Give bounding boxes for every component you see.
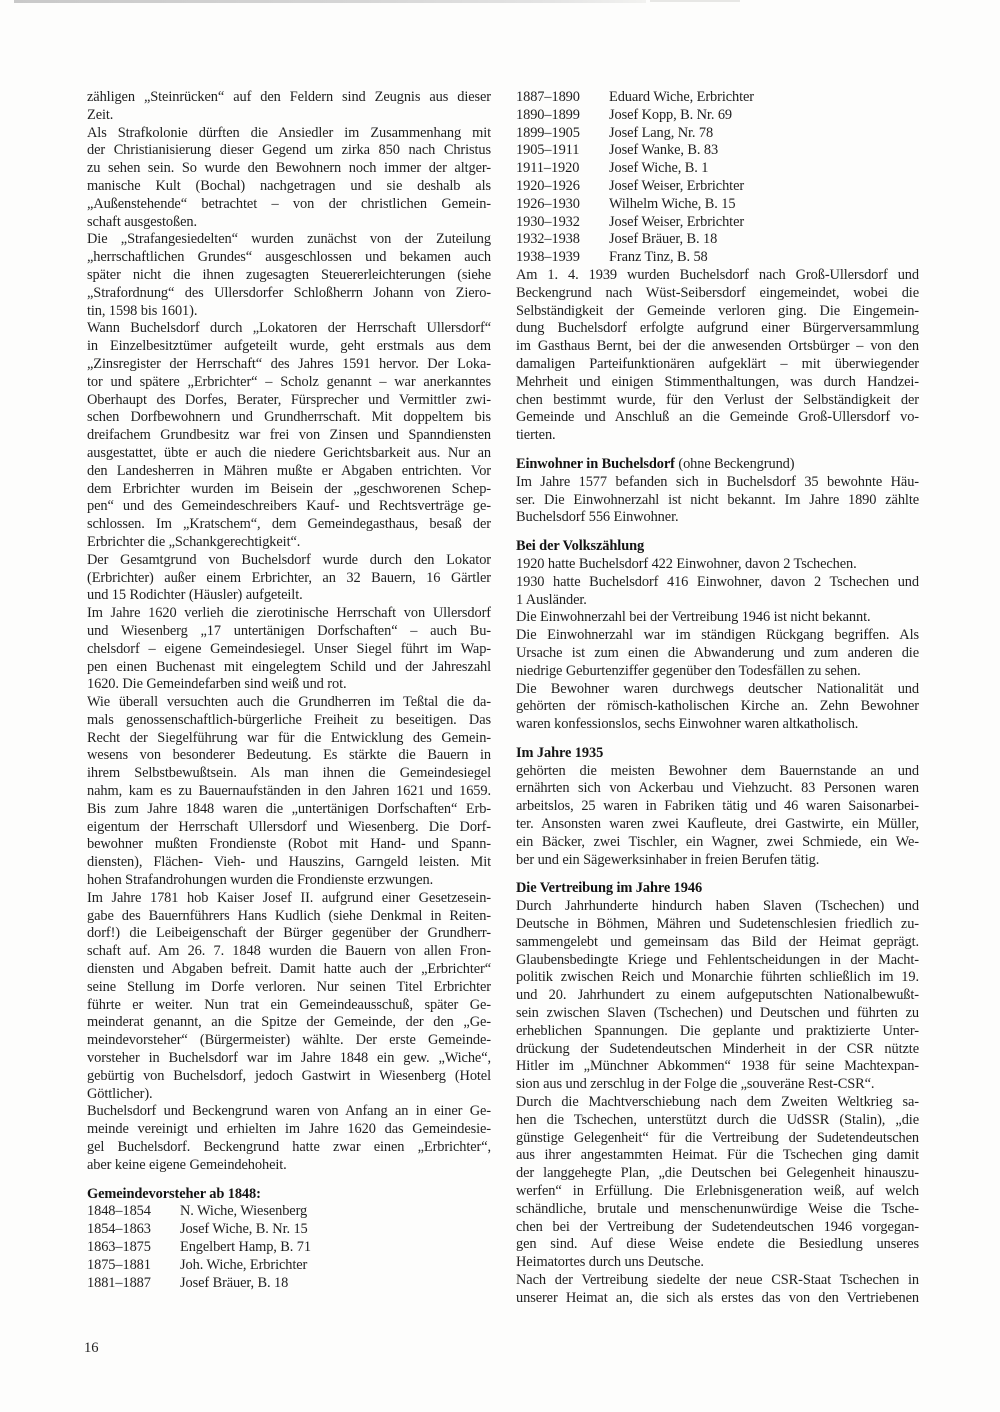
text-line: später nicht die ihnen zugesagten Steuer…: [87, 267, 491, 285]
text-line: dorf!) die Leibeigenschaft der Bürger ge…: [87, 925, 491, 943]
name-cell: Josef Wiche, B. Nr. 15: [180, 1221, 491, 1239]
years-cell: 1932–1938: [516, 231, 609, 249]
text-line: pen“ und des Gemeindeschreibers Kauf- un…: [87, 498, 491, 516]
years-cell: 1863–1875: [87, 1239, 180, 1257]
text-line: ernährten sich von Ackerbau und Viehzuch…: [516, 780, 919, 798]
text-line: ausgestattet, übte er auch die niedere G…: [87, 445, 491, 463]
name-cell: Wilhelm Wiche, B. 15: [609, 196, 919, 214]
text-line: Die Bewohner waren durchwegs deutscher N…: [516, 681, 919, 699]
paragraph: Durch die Machtverschiebung nach dem Zwe…: [516, 1094, 919, 1272]
text-line: Beckengrund nach Wüst-Seibersdorf eingem…: [516, 285, 919, 303]
paragraph: 1920 hatte Buchelsdorf 422 Einwohner, da…: [516, 556, 919, 574]
text-line: tin, 1598 bis 1601).: [87, 303, 491, 321]
name-cell: Josef Weiser, Erbrichter: [609, 214, 919, 232]
paragraph: zähligen „Steinrücken“ auf den Feldern s…: [87, 89, 491, 125]
text-line: hohen Strafandrohungen wurden die Frondi…: [87, 872, 491, 890]
years-cell: 1854–1863: [87, 1221, 180, 1239]
text-line: Hitler im „Münchner Abkommen“ 1938 für s…: [516, 1058, 919, 1076]
text-line: Die Einwohnerzahl war im ständigen Rückg…: [516, 627, 919, 645]
text-line: „Strafordnung“ des Ullersdorfer Schloßhe…: [87, 285, 491, 303]
gemeindevorsteher-table-1848-1887: 1848–1854N. Wiche, Wiesenberg1854–1863Jo…: [87, 1203, 491, 1292]
table-row: 1887–1890Eduard Wiche, Erbrichter: [516, 89, 919, 107]
text-line: Oberhaupt des Dorfes, Berater, Fürsprech…: [87, 392, 491, 410]
text-line: 1620. Die Gemeindefarben sind weiß und r…: [87, 676, 491, 694]
text-line: bewohner mußten Frondienste (Robot mit H…: [87, 836, 491, 854]
heading-vertreibung: Die Vertreibung im Jahre 1946: [516, 880, 919, 898]
paragraph: Der Gesamtgrund von Buchelsdorf wurde du…: [87, 552, 491, 605]
text-line: mals genossenschaftlich-bürgerliche Frei…: [87, 712, 491, 730]
text-line: ser. Die Einwohnerzahl ist nicht bekannt…: [516, 492, 919, 510]
paragraph: Im Jahre 1620 verlieh die zierotinische …: [87, 605, 491, 694]
text-line: Im Jahre 1577 befanden sich in Buchelsdo…: [516, 474, 919, 492]
name-cell: Josef Bräuer, B. 18: [609, 231, 919, 249]
text-line: gehörten der römisch-katholischen Kirche…: [516, 698, 919, 716]
years-cell: 1887–1890: [516, 89, 609, 107]
table-row: 1899–1905Josef Lang, Nr. 78: [516, 125, 919, 143]
text-line: Mehrheit und einigen Stimmenthaltungen, …: [516, 374, 919, 392]
heading-gemeindevorsteher: Gemeindevorsteher ab 1848:: [87, 1186, 491, 1204]
table-row: 1930–1932Josef Weiser, Erbrichter: [516, 214, 919, 232]
name-cell: Franz Tinz, B. 58: [609, 249, 919, 267]
name-cell: Josef Wanke, B. 83: [609, 142, 919, 160]
years-cell: 1890–1899: [516, 107, 609, 125]
left-column: zähligen „Steinrücken“ auf den Feldern s…: [87, 89, 491, 1292]
paragraph: Die Bewohner waren durchwegs deutscher N…: [516, 681, 919, 734]
page-number: 16: [84, 1340, 99, 1357]
text-line: 1930 hatte Buchelsdorf 416 Einwohner, da…: [516, 574, 919, 592]
text-line: 1920 hatte Buchelsdorf 422 Einwohner, da…: [516, 556, 919, 574]
text-line: diensten und Abgaben befreit. Damit hatt…: [87, 961, 491, 979]
table-row: 1890–1899Josef Kopp, B. Nr. 69: [516, 107, 919, 125]
text-line: meinderat genannt, an die Spitze der Gem…: [87, 1014, 491, 1032]
text-line: aus ihrer angestammten Heimat. Für die T…: [516, 1147, 919, 1165]
text-line: seine Stellung im Dorfe verloren. Nur se…: [87, 979, 491, 997]
paragraph: Wie überall versuchten auch die Grundher…: [87, 694, 491, 890]
name-cell: N. Wiche, Wiesenberg: [180, 1203, 491, 1221]
paragraph: Die „Strafangesiedelten“ wurden zunächst…: [87, 231, 491, 320]
text-line: Am 1. 4. 1939 wurden Buchelsdorf nach Gr…: [516, 267, 919, 285]
text-line: Buchelsdorf 556 Einwohner.: [516, 509, 919, 527]
text-line: wesens von besonderer Bedeutung. Es stär…: [87, 747, 491, 765]
text-line: 1 Ausländer.: [516, 592, 919, 610]
paragraph: Buchelsdorf und Beckengrund waren von An…: [87, 1103, 491, 1174]
text-line: dreifachem Grundbesitz war frei von Zins…: [87, 427, 491, 445]
text-line: Ursache ist zum einen die Abwanderung un…: [516, 645, 919, 663]
text-line: und Wiesenberg „17 untertänigen Dorfscha…: [87, 623, 491, 641]
text-line: „Außenstehende“ betrachtet – von der chr…: [87, 196, 491, 214]
text-line: Die Einwohnerzahl bei der Vertreibung 19…: [516, 609, 919, 627]
paragraph: Durch Jahrhunderte hindurch haben Slaven…: [516, 898, 919, 1094]
name-cell: Engelbert Hamp, B. 71: [180, 1239, 491, 1257]
text-line: Bis zum Jahre 1848 waren die „untertänig…: [87, 801, 491, 819]
text-line: schen Dorfbewohnern und Grundherrschaft.…: [87, 409, 491, 427]
text-line: drückung der Sudetendeutschen Minderheit…: [516, 1041, 919, 1059]
heading-bold-text: Einwohner in Buchelsdorf: [516, 456, 675, 472]
text-line: chen bestimmt wurde, für den Verlust der…: [516, 392, 919, 410]
years-cell: 1926–1930: [516, 196, 609, 214]
text-line: (Erbrichter) außer einem Erbrichter, an …: [87, 570, 491, 588]
paragraph: 1930 hatte Buchelsdorf 416 Einwohner, da…: [516, 574, 919, 610]
right-column: 1887–1890Eduard Wiche, Erbrichter1890–18…: [516, 89, 919, 1308]
text-line: Die „Strafangesiedelten“ wurden zunächst…: [87, 231, 491, 249]
heading-normal-text: (ohne Beckengrund): [675, 456, 795, 472]
text-line: Deutsche in Böhmen, Mähren und Sudetensc…: [516, 916, 919, 934]
text-line: Gemeinde und Anschluß an die Gemeinde Gr…: [516, 409, 919, 427]
text-line: diensten), Flächen- Vieh- und Hauszins, …: [87, 854, 491, 872]
text-line: sein zwischen Slaven (Tschechen) und Deu…: [516, 1005, 919, 1023]
text-line: gel Buchelsdorf. Beckengrund hatte zwar …: [87, 1139, 491, 1157]
text-line: zähligen „Steinrücken“ auf den Feldern s…: [87, 89, 491, 107]
text-line: im Gasthaus Bernt, bei der die anwesende…: [516, 338, 919, 356]
text-line: meindevorsteher“ (Bürgermeister) wählte.…: [87, 1032, 491, 1050]
text-line: schändliche, brutale und menschenunwürdi…: [516, 1201, 919, 1219]
heading-bold-text: Im Jahre 1935: [516, 745, 603, 761]
text-line: gebürtig von Buchelsdorf, jedoch Gastwir…: [87, 1068, 491, 1086]
name-cell: Joh. Wiche, Erbrichter: [180, 1257, 491, 1275]
text-line: gehörten die meisten Bewohner dem Bauern…: [516, 763, 919, 781]
text-line: manische Kult (Bochal) nachgetragen und …: [87, 178, 491, 196]
years-cell: 1848–1854: [87, 1203, 180, 1221]
text-line: waren konfessionslos, sechs Einwohner wa…: [516, 716, 919, 734]
paragraph: Im Jahre 1577 befanden sich in Buchelsdo…: [516, 474, 919, 527]
paragraph: Nach der Vertreibung siedelte der neue C…: [516, 1272, 919, 1308]
text-line: und 20. Jahrhundert zu einem aufgeputsch…: [516, 987, 919, 1005]
text-line: ihrem Selbstbewußtsein. Als man ihnen di…: [87, 765, 491, 783]
text-line: Zeit.: [87, 107, 491, 125]
years-cell: 1920–1926: [516, 178, 609, 196]
text-line: vorsteher in Buchelsdorf war im Jahre 18…: [87, 1050, 491, 1068]
text-line: der Christianisierung dieser Gegend um z…: [87, 142, 491, 160]
text-line: dung Buchelsdorf erfolgte aufgrund einer…: [516, 320, 919, 338]
text-line: chen bei der Vertreibung der Sudetendeut…: [516, 1219, 919, 1237]
name-cell: Josef Bräuer, B. 18: [180, 1275, 491, 1293]
text-line: schaft auf. Am 26. 7. 1848 wurden die Ba…: [87, 943, 491, 961]
text-line: Göttlicher).: [87, 1086, 491, 1104]
years-cell: 1938–1939: [516, 249, 609, 267]
text-line: Durch die Machtverschiebung nach dem Zwe…: [516, 1094, 919, 1112]
text-line: damaligen Parteifunktionären aufgeklärt …: [516, 356, 919, 374]
text-line: sion aus und zerschlug in der Folge die …: [516, 1076, 919, 1094]
heading-bold-text: Die Vertreibung im Jahre 1946: [516, 880, 702, 896]
name-cell: Josef Wiche, B. 1: [609, 160, 919, 178]
text-line: und 15 Rodichter (Häusler) aufgeteilt.: [87, 587, 491, 605]
text-line: hen die Tschechen, unterstützt durch die…: [516, 1112, 919, 1130]
text-line: Buchelsdorf und Beckengrund waren von An…: [87, 1103, 491, 1121]
paragraph: Am 1. 4. 1939 wurden Buchelsdorf nach Gr…: [516, 267, 919, 445]
years-cell: 1911–1920: [516, 160, 609, 178]
heading-volkszaehlung: Bei der Volkszählung: [516, 538, 919, 556]
text-line: zu sehen sein. So wurde den Bewohnern no…: [87, 160, 491, 178]
table-row: 1926–1930Wilhelm Wiche, B. 15: [516, 196, 919, 214]
table-row: 1938–1939Franz Tinz, B. 58: [516, 249, 919, 267]
text-line: „herrschaftlichen Grundes“ ausgeschlosse…: [87, 249, 491, 267]
name-cell: Eduard Wiche, Erbrichter: [609, 89, 919, 107]
scan-edge-artifact: [14, 0, 646, 3]
years-cell: 1875–1881: [87, 1257, 180, 1275]
text-line: pen einen Buchenast mit eingelegtem Schi…: [87, 659, 491, 677]
table-row: 1881–1887Josef Bräuer, B. 18: [87, 1275, 491, 1293]
text-line: Als Strafkolonie dürften die Ansiedler i…: [87, 125, 491, 143]
table-row: 1863–1875Engelbert Hamp, B. 71: [87, 1239, 491, 1257]
table-row: 1911–1920Josef Wiche, B. 1: [516, 160, 919, 178]
text-line: nahm, kam es zu Bauernaufständen in den …: [87, 783, 491, 801]
table-row: 1854–1863Josef Wiche, B. Nr. 15: [87, 1221, 491, 1239]
paragraph: Die Einwohnerzahl war im ständigen Rückg…: [516, 627, 919, 680]
years-cell: 1881–1887: [87, 1275, 180, 1293]
book-page: zähligen „Steinrücken“ auf den Feldern s…: [0, 0, 1000, 1412]
table-row: 1875–1881Joh. Wiche, Erbrichter: [87, 1257, 491, 1275]
heading-1935: Im Jahre 1935: [516, 745, 919, 763]
table-row: 1848–1854N. Wiche, Wiesenberg: [87, 1203, 491, 1221]
paragraph: Im Jahre 1781 hob Kaiser Josef II. aufgr…: [87, 890, 491, 1104]
text-line: Der Gesamtgrund von Buchelsdorf wurde du…: [87, 552, 491, 570]
text-line: meinde vereinigt und erhielten im Jahre …: [87, 1121, 491, 1139]
text-line: sammengelebt und gemeinsam das Bild der …: [516, 934, 919, 952]
text-line: chelsdorf – eigene Gemeindesiegel. Unser…: [87, 641, 491, 659]
text-line: Nach der Vertreibung siedelte der neue C…: [516, 1272, 919, 1290]
text-line: arbeitslos, 25 waren in Fabriken tätig u…: [516, 798, 919, 816]
years-cell: 1930–1932: [516, 214, 609, 232]
text-line: Im Jahre 1781 hob Kaiser Josef II. aufgr…: [87, 890, 491, 908]
paragraph: Wann Buchelsdorf durch „Lokatoren der He…: [87, 320, 491, 551]
text-line: gabe des Bauernführers Hans Kudlich (sie…: [87, 908, 491, 926]
text-line: ter. Ansonsten waren zwei Kaufleute, dre…: [516, 816, 919, 834]
text-line: ein Bäcker, zwei Tischler, ein Wagner, z…: [516, 834, 919, 852]
table-row: 1932–1938Josef Bräuer, B. 18: [516, 231, 919, 249]
text-line: Wann Buchelsdorf durch „Lokatoren der He…: [87, 320, 491, 338]
paragraph: gehörten die meisten Bewohner dem Bauern…: [516, 763, 919, 870]
text-line: Im Jahre 1620 verlieh die zierotinische …: [87, 605, 491, 623]
text-line: schlossen. Im „Kratschem“, dem Gemeindeg…: [87, 516, 491, 534]
name-cell: Josef Kopp, B. Nr. 69: [609, 107, 919, 125]
text-line: eigentum der Herrschaft Ullersdorf und W…: [87, 819, 491, 837]
years-cell: 1899–1905: [516, 125, 609, 143]
text-line: günstige Gelegenheit“ für die Vertreibun…: [516, 1130, 919, 1148]
name-cell: Josef Weiser, Erbrichter: [609, 178, 919, 196]
text-line: Recht der Siegelführung war für die Entw…: [87, 730, 491, 748]
text-line: Durch Jahrhunderte hindurch haben Slaven…: [516, 898, 919, 916]
heading-bold-text: Bei der Volkszählung: [516, 538, 644, 554]
text-line: führte er weiter. Nun trat ein Gemeindea…: [87, 997, 491, 1015]
gemeindevorsteher-table-1887-1939: 1887–1890Eduard Wiche, Erbrichter1890–18…: [516, 89, 919, 267]
text-line: werfen“ in Erfüllung. Die Erlebnisgenera…: [516, 1183, 919, 1201]
text-line: gen sind. Auf diese Weise endete die Bes…: [516, 1236, 919, 1254]
name-cell: Josef Lang, Nr. 78: [609, 125, 919, 143]
text-line: Wie überall versuchten auch die Grundher…: [87, 694, 491, 712]
text-line: Heimatortes durch uns Deutsche.: [516, 1254, 919, 1272]
text-line: schaft ausgestoßen.: [87, 214, 491, 232]
text-line: Erbrichter die „Schankgerechtigkeit“.: [87, 534, 491, 552]
text-line: Selbständigkeit der Gemeinde verloren gi…: [516, 303, 919, 321]
text-line: politik zwischen Reich und Monarchie füh…: [516, 969, 919, 987]
text-line: tor und spätere „Erbrichter“ – Scholz ge…: [87, 374, 491, 392]
text-line: dem Erbrichter wurden im Beisein der „ge…: [87, 481, 491, 499]
text-line: niedrige Geburtenziffer gegenüber den To…: [516, 663, 919, 681]
text-line: in Einzelbesitztümer aufgeteilt wurde, g…: [87, 338, 491, 356]
text-line: unserer Heimat an, die sich als erstes d…: [516, 1290, 919, 1308]
text-line: Glaubensbedingte Kriege und Fehlentschei…: [516, 952, 919, 970]
text-line: erheblichen Spannungen. Die geplante und…: [516, 1023, 919, 1041]
years-cell: 1905–1911: [516, 142, 609, 160]
text-line: „Zinsregister der Herrschaft“ des Jahres…: [87, 356, 491, 374]
heading-bold-text: Gemeindevorsteher ab 1848:: [87, 1186, 261, 1202]
text-line: tierten.: [516, 427, 919, 445]
text-line: aber keine eigene Gemeindehoheit.: [87, 1157, 491, 1175]
text-line: den Landesherren in Mähren mußte er Abga…: [87, 463, 491, 481]
text-line: ber und ein Sägewerksinhaber in freien B…: [516, 852, 919, 870]
paragraph: Die Einwohnerzahl bei der Vertreibung 19…: [516, 609, 919, 627]
heading-einwohner: Einwohner in Buchelsdorf (ohne Beckengru…: [516, 456, 919, 474]
table-row: 1905–1911Josef Wanke, B. 83: [516, 142, 919, 160]
table-row: 1920–1926Josef Weiser, Erbrichter: [516, 178, 919, 196]
text-line: der langgehegte Plan, „die Deutschen bei…: [516, 1165, 919, 1183]
paragraph: Als Strafkolonie dürften die Ansiedler i…: [87, 125, 491, 232]
scan-edge-artifact-2: [650, 0, 740, 2]
